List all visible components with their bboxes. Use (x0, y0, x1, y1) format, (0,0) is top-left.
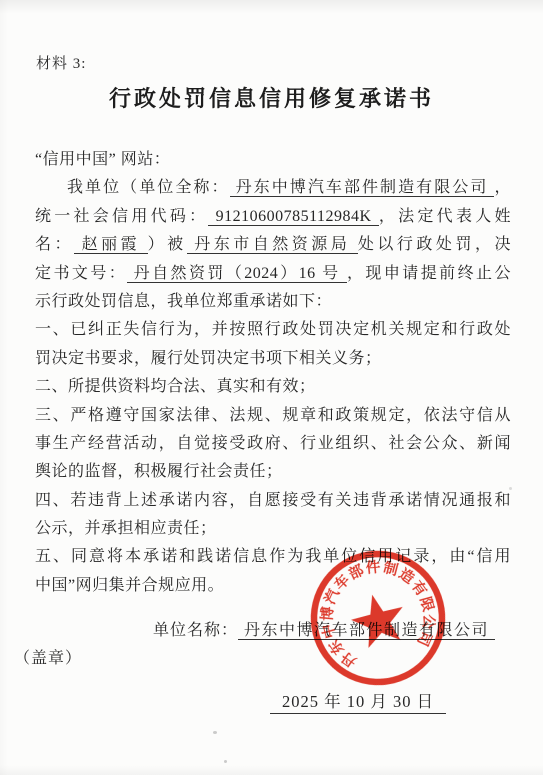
line-text: 一、已纠正失信行为，并按照行政处罚决定机关规定和行政处 (35, 321, 511, 338)
document-line: 中国”网归集并合规应用。 (35, 572, 511, 600)
signature-date: 2025 年 10 月 30 日 (270, 692, 446, 714)
line-text: ， (494, 179, 511, 196)
line-text: 舆论的监督，积极履行社会责任； (35, 463, 283, 480)
line-text: “信用中国” 网站： (35, 151, 170, 168)
document-line: 公示，并承担相应责任； (35, 515, 511, 543)
filled-blank: 91210600785112984K (208, 208, 379, 226)
document-line: 事生产经营活动，自觉接受政府、行业组织、社会公众、新闻 (35, 430, 511, 458)
filled-blank: 丹东市自然资源局 (187, 236, 358, 254)
material-label: 材料 3: (36, 52, 86, 73)
document-line: 一、已纠正失信行为，并按照行政处罚决定机关规定和行政处 (35, 316, 511, 344)
seal-note: （盖章） (14, 645, 82, 668)
line-text: ，法定代表人姓 (379, 208, 511, 225)
paper-speck (213, 731, 217, 734)
unit-name-label: 单位名称： (153, 622, 238, 639)
signature-date-row: 2025 年 10 月 30 日 (270, 688, 446, 712)
line-text: 定书文号： (35, 265, 127, 282)
document-line: “信用中国” 网站： (35, 146, 511, 174)
document-line: 四、若违背上述承诺内容，自愿接受有关违背承诺情况通报和 (35, 487, 511, 515)
line-text: 名： (35, 236, 74, 253)
filled-blank: 丹自然资罚（2024）16 号 (127, 265, 347, 283)
filled-blank: 赵丽霞 (74, 236, 148, 254)
line-text: 五、同意将本承诺和践诺信息作为我单位信用记录，由“信用 (35, 548, 511, 565)
document-title: 行政处罚信息信用修复承诺书 (0, 82, 543, 113)
document-line: 示行政处罚信息，我单位郑重承诺如下： (35, 288, 511, 316)
document-line: 二、所提供资料均合法、真实和有效； (35, 373, 511, 401)
line-text: ）被 (148, 236, 187, 253)
filled-blank: 丹东中博汽车部件制造有限公司 (230, 179, 495, 197)
document-line: 五、同意将本承诺和践诺信息作为我单位信用记录，由“信用 (35, 543, 511, 571)
unit-name-value: 丹东中博汽车部件制造有限公司 (238, 622, 495, 640)
signature-unit-row: 单位名称：丹东中博汽车部件制造有限公司 (153, 617, 495, 640)
line-text: 统一社会信用代码： (35, 208, 208, 225)
document-line: 舆论的监督，积极履行社会责任； (35, 458, 511, 486)
line-text: 中国”网归集并合规应用。 (35, 577, 224, 594)
paper-speck (509, 487, 512, 490)
paper-speck (224, 760, 227, 763)
line-text: 罚决定书要求，履行处罚决定书项下相关义务； (35, 350, 382, 367)
document-body: “信用中国” 网站：我单位（单位全称： 丹东中博汽车部件制造有限公司 ，统一社会… (35, 146, 511, 600)
line-text: 二、所提供资料均合法、真实和有效； (35, 378, 316, 395)
document-page: 材料 3: 行政处罚信息信用修复承诺书 “信用中国” 网站：我单位（单位全称： … (0, 0, 543, 775)
line-text: 我单位（单位全称： (67, 179, 230, 196)
line-text: 示行政处罚信息，我单位郑重承诺如下： (35, 293, 332, 310)
document-line: 统一社会信用代码： 91210600785112984K ，法定代表人姓 (35, 203, 511, 231)
document-line: 定书文号： 丹自然资罚（2024）16 号 ，现申请提前终止公 (35, 260, 511, 288)
line-text: 公示，并承担相应责任； (35, 520, 217, 537)
document-line: 我单位（单位全称： 丹东中博汽车部件制造有限公司 ， (35, 174, 511, 202)
line-text: ，现申请提前终止公 (347, 265, 511, 282)
document-line: 名： 赵丽霞 ）被 丹东市自然资源局 处以行政处罚，决 (35, 231, 511, 259)
document-line: 三、严格遵守国家法律、法规、规章和政策规定，依法守信从 (35, 402, 511, 430)
line-text: 事生产经营活动，自觉接受政府、行业组织、社会公众、新闻 (35, 435, 511, 452)
line-text: 三、严格遵守国家法律、法规、规章和政策规定，依法守信从 (35, 407, 511, 424)
line-text: 四、若违背上述承诺内容，自愿接受有关违背承诺情况通报和 (35, 492, 511, 509)
line-text: 处以行政处罚，决 (358, 236, 511, 253)
document-line: 罚决定书要求，履行处罚决定书项下相关义务； (35, 345, 511, 373)
